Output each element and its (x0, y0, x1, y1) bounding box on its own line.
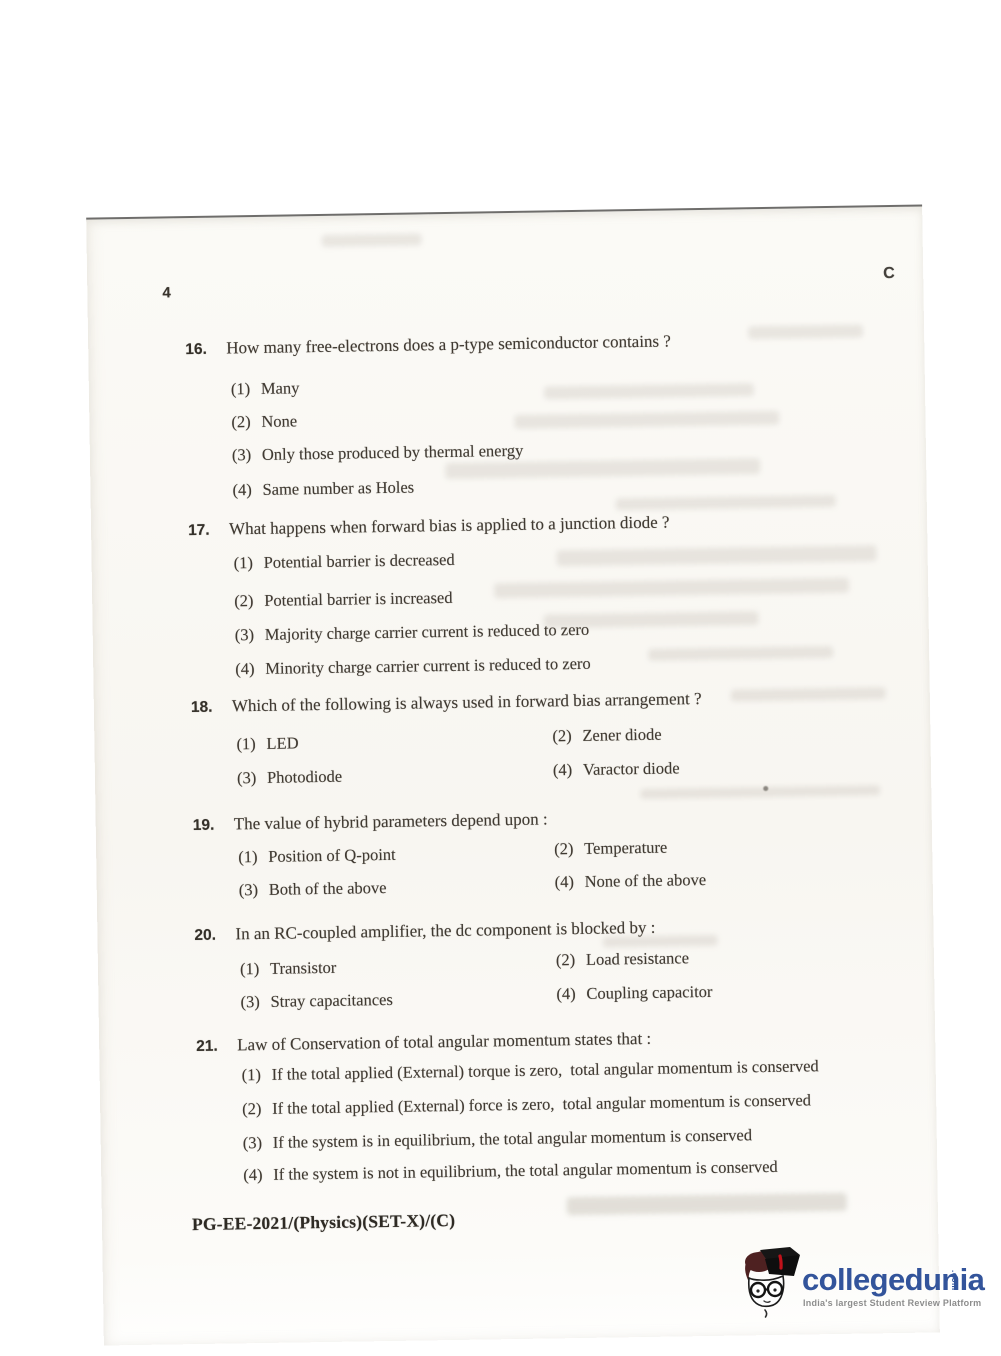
option-16-2: (2)None (231, 411, 297, 432)
option-text: Majority charge carrier current is reduc… (265, 620, 590, 644)
option-marker: (2) (234, 591, 264, 611)
option-text: Varactor diode (583, 758, 680, 779)
option-17-3: (3)Majority charge carrier current is re… (235, 620, 590, 646)
option-marker: (4) (553, 760, 583, 780)
question-17: 17.What happens when forward bias is app… (188, 513, 670, 541)
bleed-through-artifact (603, 935, 718, 948)
option-21-1: (1)If the total applied (External) torqu… (242, 1056, 819, 1085)
option-19-4: (4)None of the above (555, 870, 707, 892)
bleed-through-artifact (543, 611, 758, 628)
option-marker: (4) (232, 480, 262, 500)
option-marker: (4) (555, 872, 585, 892)
option-marker: (3) (237, 768, 267, 788)
option-text: Potential barrier is increased (264, 588, 453, 610)
option-21-2: (2)If the total applied (External) force… (242, 1090, 811, 1119)
question-16: 16.How many free-electrons does a p-type… (185, 331, 671, 359)
brand-suffix: .com (950, 1270, 959, 1291)
question-text: What happens when forward bias is applie… (229, 513, 670, 539)
question-number: 21. (196, 1037, 237, 1056)
option-text: Stray capacitances (270, 990, 393, 1011)
option-19-3: (3)Both of the above (239, 878, 387, 900)
option-text: If the total applied (External) force is… (272, 1090, 811, 1117)
option-19-2: (2)Temperature (554, 838, 667, 860)
option-marker: (2) (552, 726, 582, 746)
set-letter: C (883, 265, 895, 283)
bleed-through-artifact (567, 1193, 847, 1215)
question-text: Which of the following is always used in… (232, 689, 702, 715)
option-marker: (1) (231, 379, 261, 399)
option-16-1: (1)Many (231, 378, 300, 399)
option-18-3: (3)Photodiode (237, 767, 342, 789)
option-marker: (4) (243, 1165, 273, 1185)
option-text: Same number as Holes (262, 478, 414, 499)
option-text: Photodiode (267, 767, 342, 787)
bleed-through-artifact (616, 495, 836, 510)
option-20-4: (4)Coupling capacitor (556, 982, 712, 1004)
option-16-4: (4)Same number as Holes (232, 478, 414, 501)
option-text: None of the above (585, 870, 707, 891)
option-marker: (1) (242, 1065, 272, 1085)
option-marker: (4) (556, 984, 586, 1004)
question-text: How many free-electrons does a p-type se… (226, 331, 671, 357)
option-marker: (1) (238, 847, 268, 867)
bleed-through-artifact (731, 687, 886, 701)
option-20-1: (1)Transistor (240, 958, 337, 980)
option-marker: (2) (556, 950, 586, 970)
option-text: Load resistance (586, 948, 689, 969)
option-text: Position of Q-point (268, 845, 396, 866)
ink-dot-artifact (763, 786, 768, 791)
collegedunia-watermark: collegedunia .com India's largest Studen… (738, 1246, 1001, 1346)
option-text: If the system is not in equilibrium, the… (273, 1157, 778, 1184)
bleed-through-artifact (640, 785, 880, 799)
option-text: Potential barrier is decreased (263, 550, 454, 572)
option-marker: (3) (240, 992, 270, 1012)
question-number: 16. (185, 340, 226, 359)
bleed-through-artifact (514, 411, 779, 429)
option-17-2: (2)Potential barrier is increased (234, 588, 453, 611)
option-text: Minority charge carrier current is reduc… (265, 654, 591, 678)
option-20-2: (2)Load resistance (556, 948, 689, 970)
option-text: Only those produced by thermal energy (262, 441, 524, 464)
question-text: Law of Conservation of total angular mom… (237, 1029, 651, 1055)
option-20-3: (3)Stray capacitances (240, 990, 393, 1012)
bleed-through-artifact (648, 646, 833, 661)
page-number: 4 (162, 284, 171, 301)
option-17-4: (4)Minority charge carrier current is re… (235, 654, 591, 680)
option-21-4: (4)If the system is not in equilibrium, … (243, 1157, 778, 1185)
option-marker: (2) (242, 1099, 272, 1119)
option-text: If the system is in equilibrium, the tot… (273, 1125, 753, 1152)
option-text: Many (261, 378, 300, 398)
question-text: In an RC-coupled amplifier, the dc compo… (235, 918, 655, 944)
option-marker: (1) (233, 553, 263, 573)
option-18-4: (4)Varactor diode (553, 758, 680, 780)
option-marker: (4) (235, 659, 265, 679)
bleed-through-artifact (321, 233, 421, 247)
option-text: If the total applied (External) torque i… (272, 1056, 819, 1084)
option-text: Both of the above (269, 878, 387, 899)
option-marker: (2) (554, 839, 584, 859)
option-18-2: (2)Zener diode (552, 725, 662, 747)
student-mascot-icon (738, 1246, 806, 1322)
bleed-through-artifact (494, 578, 849, 599)
option-marker: (1) (236, 734, 266, 754)
option-text: LED (266, 733, 298, 753)
question-number: 19. (193, 816, 234, 835)
question-20: 20.In an RC-coupled amplifier, the dc co… (194, 918, 655, 945)
option-21-3: (3)If the system is in equilibrium, the … (243, 1125, 753, 1153)
option-marker: (3) (239, 880, 269, 900)
question-text: The value of hybrid parameters depend up… (234, 809, 548, 833)
option-17-1: (1)Potential barrier is decreased (233, 550, 454, 573)
option-marker: (2) (231, 412, 261, 432)
option-text: Temperature (584, 838, 667, 858)
question-19: 19.The value of hybrid parameters depend… (193, 809, 548, 835)
brand-tagline: India's largest Student Review Platform (803, 1298, 981, 1308)
option-19-1: (1)Position of Q-point (238, 845, 396, 867)
option-marker: (3) (235, 625, 265, 645)
option-text: Coupling capacitor (586, 982, 712, 1003)
bleed-through-artifact (544, 383, 754, 399)
question-21: 21.Law of Conservation of total angular … (196, 1029, 651, 1056)
footer-booklet-code: PG-EE-2021/(Physics)(SET-X)/(C) (192, 1210, 456, 1235)
option-marker: (1) (240, 959, 270, 979)
option-text: Zener diode (582, 725, 662, 745)
option-text: Transistor (270, 958, 337, 978)
exam-paper-sheet: 4 C 16.How many free-electrons does a p-… (86, 205, 940, 1346)
question-number: 20. (194, 926, 235, 945)
question-18: 18.Which of the following is always used… (191, 689, 702, 717)
question-number: 17. (188, 521, 229, 540)
option-marker: (3) (243, 1133, 273, 1153)
bleed-through-artifact (556, 545, 876, 566)
option-text: None (261, 411, 297, 431)
option-18-1: (1)LED (236, 733, 298, 754)
option-marker: (3) (232, 445, 262, 465)
question-number: 18. (191, 698, 232, 717)
bleed-through-artifact (748, 324, 863, 339)
